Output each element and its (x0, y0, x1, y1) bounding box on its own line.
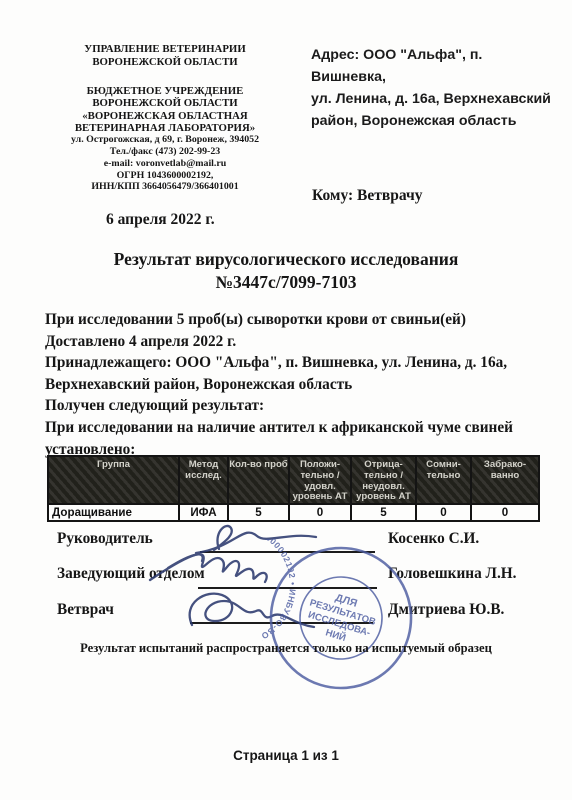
stamp-ring-text: БУВО-ВОРОНЕЖСКАЯ ОБЛВЕТЛАБОРАТОРИЯ • ОГР… (262, 539, 363, 680)
svg-text:БУВО-ВОРОНЕЖСКАЯ ОБЛВЕТЛАБОРАТ: БУВО-ВОРОНЕЖСКАЯ ОБЛВЕТЛАБОРАТОРИЯ • ОГР… (262, 539, 363, 680)
org-street-address: ул. Острогожская, д 69, г. Воронеж, 3940… (58, 134, 272, 146)
org-management-name: УПРАВЛЕНИЕ ВЕТЕРИНАРИИ ВОРОНЕЖСКОЙ ОБЛАС… (58, 43, 272, 68)
cell-rejected: 0 (471, 504, 539, 521)
sender-letterhead: УПРАВЛЕНИЕ ВЕТЕРИНАРИИ ВОРОНЕЖСКОЙ ОБЛАС… (58, 43, 272, 193)
recipient-address: Адрес: ООО "Альфа", п. Вишневка, ул. Лен… (311, 44, 551, 132)
org-institution-block: БЮДЖЕТНОЕ УЧРЕЖДЕНИЕ ВОРОНЕЖСКОЙ ОБЛАСТИ… (58, 85, 272, 193)
document-date: 6 апреля 2022 г. (106, 211, 215, 229)
footer-disclaimer: Результат испытаний распространяется тол… (0, 641, 572, 656)
body-line-owner-1: Принадлежащего: ООО "Альфа", п. Вишневка… (45, 352, 550, 374)
svg-text:ДЛЯ: ДЛЯ (334, 592, 359, 610)
body-line-owner-2: Верхнехавский район, Воронежская область (45, 374, 550, 396)
org-institution-line-4: ВЕТЕРИНАРНАЯ ЛАБОРАТОРИЯ» (58, 122, 272, 134)
signature-line-department-head (198, 587, 377, 589)
org-inn-kpp: ИНН/КПП 3664056479/366401001 (58, 181, 272, 193)
signature-name-department-head: Головешкина Л.Н. (388, 565, 517, 583)
signature-name-veterinarian: Дмитриева Ю.В. (388, 601, 504, 619)
column-header-method: Методисслед. (179, 456, 228, 504)
scanned-document-page: УПРАВЛЕНИЕ ВЕТЕРИНАРИИ ВОРОНЕЖСКОЙ ОБЛАС… (0, 0, 572, 800)
recipient-address-line-1: Адрес: ООО "Альфа", п. Вишневка, (311, 44, 551, 88)
cell-group: Доращивание (48, 504, 179, 521)
signature-role-department-head: Заведующий отделом (57, 565, 205, 583)
signature-role-director: Руководитель (57, 530, 153, 548)
signature-line-veterinarian (190, 622, 373, 624)
results-table-header-row: Группа Методисслед. Кол-во проб Положи-т… (48, 456, 539, 504)
signature-scribble-director (214, 526, 232, 550)
page-number: Страница 1 из 1 (0, 748, 572, 763)
signature-name-director: Косенко С.И. (388, 530, 479, 548)
column-header-rejected: Забрако-ванно (471, 456, 539, 504)
cell-sample-count: 5 (228, 504, 289, 521)
recipient-to-line: Кому: Ветврачу (312, 187, 423, 205)
document-number: №3447с/7099-7103 (0, 271, 572, 294)
column-header-doubtful: Сомни-тельно (416, 456, 471, 504)
cell-method: ИФА (179, 504, 228, 521)
body-line-samples: При исследовании 5 проб(ы) сыворотки кро… (45, 309, 550, 331)
signature-role-veterinarian: Ветврач (57, 601, 114, 619)
org-ogrn: ОГРН 1043600002192, (58, 170, 272, 182)
svg-text:ИССЛЕДОВА-: ИССЛЕДОВА- (307, 610, 372, 639)
document-body: При исследовании 5 проб(ы) сыворотки кро… (45, 309, 550, 460)
column-header-positive: Положи-тельно /удовл.уровень АТ (289, 456, 351, 504)
org-institution-line-2: ВОРОНЕЖСКОЙ ОБЛАСТИ (58, 97, 272, 109)
org-email: e-mail: voronvetlab@mail.ru (58, 158, 272, 170)
signature-line-director (200, 551, 375, 553)
cell-positive: 0 (289, 504, 351, 521)
cell-negative: 5 (351, 504, 416, 521)
document-title-line-1: Результат вирусологического исследования (0, 248, 572, 271)
org-management-line-1: УПРАВЛЕНИЕ ВЕТЕРИНАРИИ (58, 43, 272, 56)
column-header-sample-count: Кол-во проб (228, 456, 289, 504)
body-line-test-subject: При исследовании на наличие антител к аф… (45, 417, 550, 439)
body-line-result-intro: Получен следующий результат: (45, 395, 550, 417)
org-management-line-2: ВОРОНЕЖСКОЙ ОБЛАСТИ (58, 56, 272, 69)
table-row: Доращивание ИФА 5 0 5 0 0 (48, 504, 539, 521)
recipient-address-line-3: район, Воронежская область (311, 110, 551, 132)
cell-doubtful: 0 (416, 504, 471, 521)
body-line-delivered: Доставлено 4 апреля 2022 г. (45, 331, 550, 353)
results-table: Группа Методисслед. Кол-во проб Положи-т… (47, 455, 540, 522)
column-header-group: Группа (48, 456, 179, 504)
org-institution-line-3: «ВОРОНЕЖСКАЯ ОБЛАСТНАЯ (58, 110, 272, 122)
org-institution-line-1: БЮДЖЕТНОЕ УЧРЕЖДЕНИЕ (58, 85, 272, 97)
org-phone: Тел./факс (473) 202-99-23 (58, 146, 272, 158)
recipient-address-line-2: ул. Ленина, д. 16а, Верхнехавский (311, 88, 551, 110)
document-title: Результат вирусологического исследования… (0, 248, 572, 294)
column-header-negative: Отрица-тельно /неудовл.уровень АТ (351, 456, 416, 504)
